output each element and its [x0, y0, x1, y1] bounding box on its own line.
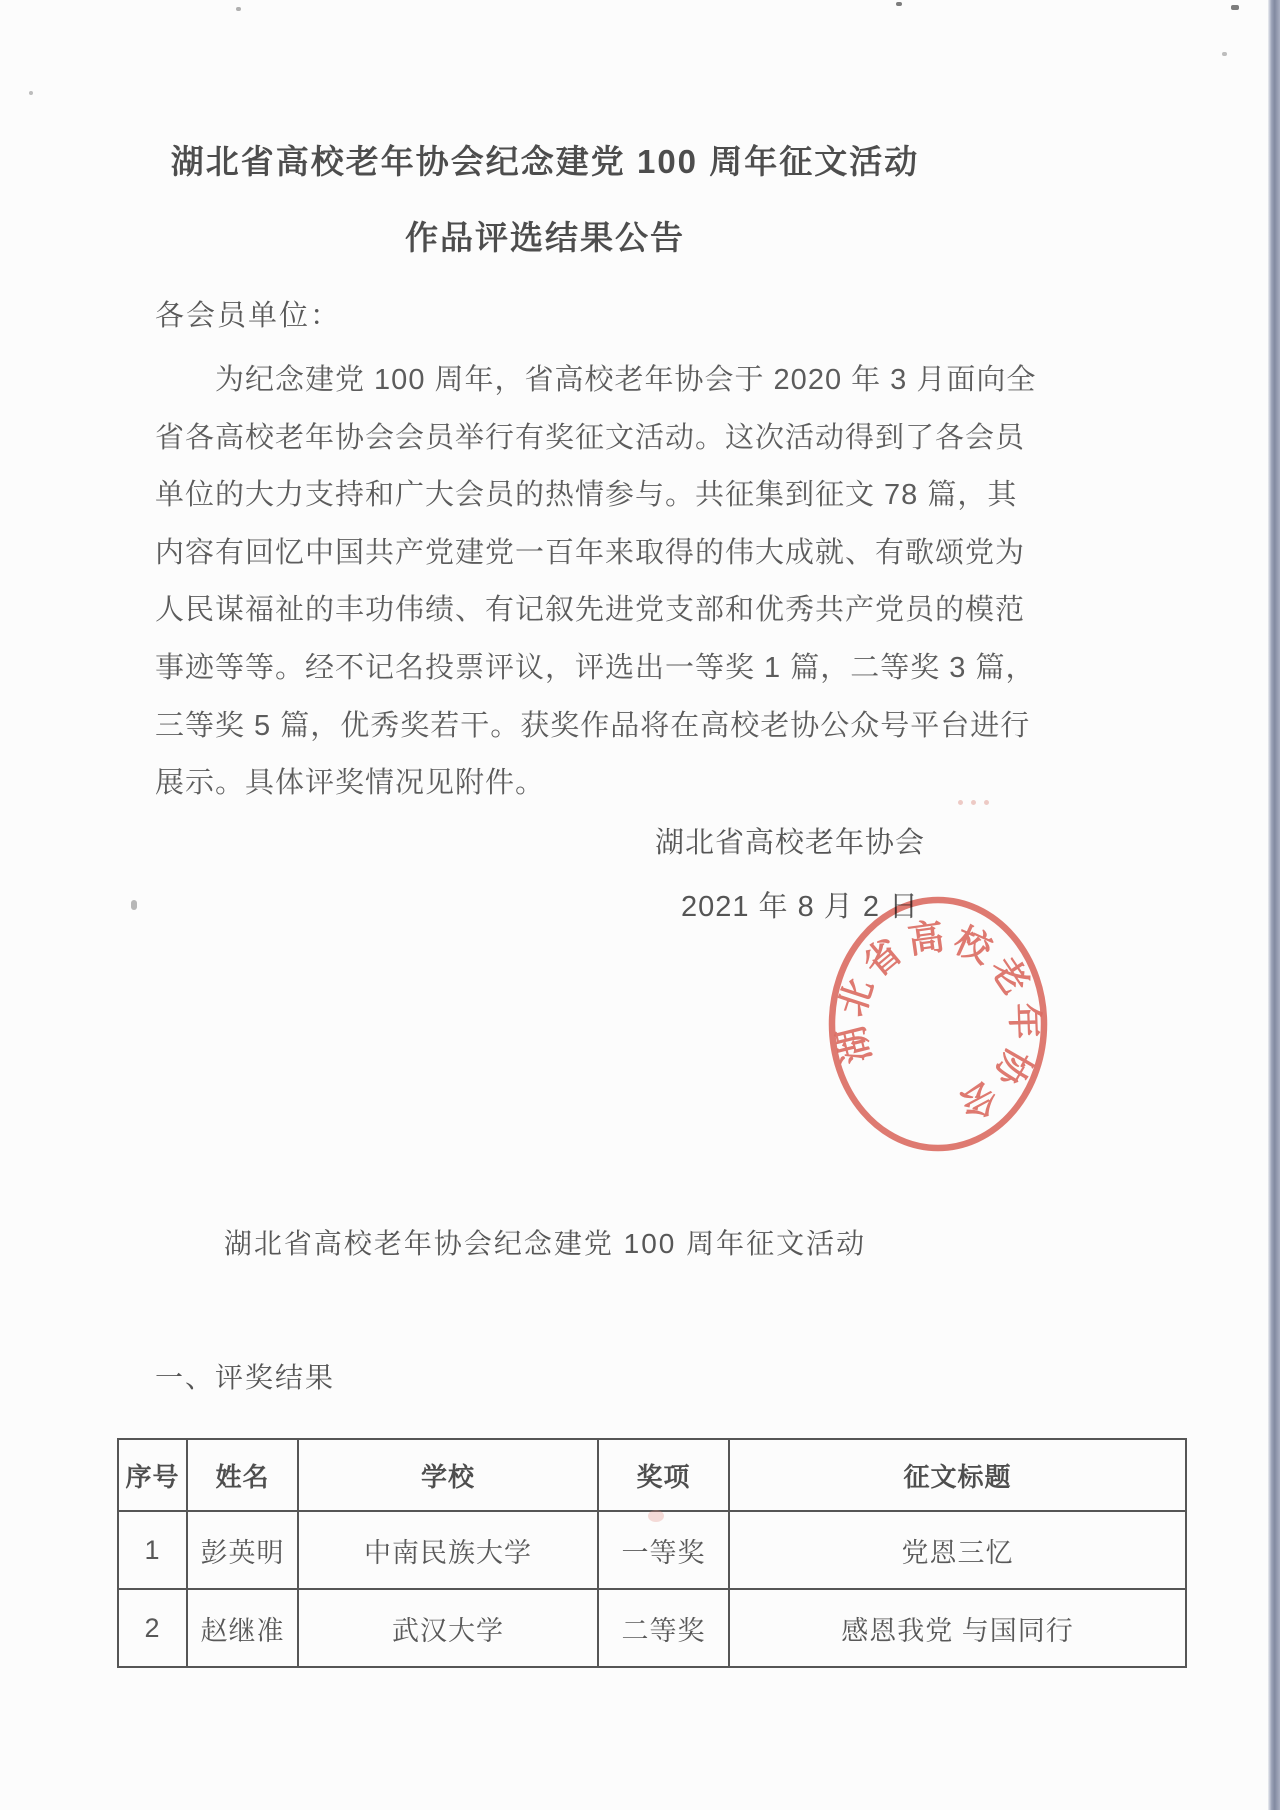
seal-character: 湖	[830, 1022, 878, 1067]
table-header-row: 序号姓名学校奖项征文标题	[118, 1439, 1186, 1511]
column-header: 序号	[118, 1439, 187, 1511]
body-line: 内容有回忆中国共产党建党一百年来取得的伟大成就、有歌颂党为	[155, 525, 1055, 583]
table-cell: 中南民族大学	[298, 1511, 598, 1589]
scan-speck	[1231, 5, 1239, 10]
body-line: 事迹等等。经不记名投票评议，评选出一等奖 1 篇，二等奖 3 篇，	[155, 640, 1055, 698]
body-line: 三等奖 5 篇，优秀奖若干。获奖作品将在高校老协公众号平台进行	[155, 698, 1055, 756]
table-row: 1彭英明中南民族大学一等奖党恩三忆	[118, 1511, 1186, 1589]
stamp-dots	[958, 792, 1004, 802]
body-line: 单位的大力支持和广大会员的热情参与。共征集到征文 78 篇，其	[155, 467, 1055, 525]
stamp-smudge	[648, 1510, 664, 1522]
table-cell: 一等奖	[598, 1511, 729, 1589]
table-cell: 1	[118, 1511, 187, 1589]
table-cell: 彭英明	[187, 1511, 298, 1589]
column-header: 姓名	[187, 1439, 298, 1511]
table-cell: 武汉大学	[298, 1589, 598, 1667]
section-heading: 一、评奖结果	[155, 1356, 335, 1396]
scan-edge-shadow	[1268, 0, 1280, 1810]
body-line: 展示。具体评奖情况见附件。	[155, 755, 1055, 813]
table-cell: 感恩我党 与国同行	[729, 1589, 1186, 1667]
table-cell: 二等奖	[598, 1589, 729, 1667]
table-cell: 党恩三忆	[729, 1511, 1186, 1589]
column-header: 奖项	[598, 1439, 729, 1511]
table-cell: 2	[118, 1589, 187, 1667]
document-title-line1: 湖北省高校老年协会纪念建党 100 周年征文活动	[0, 136, 1090, 183]
body-text: 为纪念建党 100 周年，省高校老年协会于 2020 年 3 月面向全省各高校老…	[155, 352, 1055, 813]
column-header: 学校	[298, 1439, 598, 1511]
scan-speck	[1222, 52, 1227, 56]
award-results-table: 序号姓名学校奖项征文标题 1彭英明中南民族大学一等奖党恩三忆2赵继准武汉大学二等…	[117, 1438, 1187, 1668]
scan-speck	[896, 2, 902, 6]
document-title-line2: 作品评选结果公告	[0, 212, 1090, 259]
scanned-document-page: 湖北省高校老年协会纪念建党 100 周年征文活动 作品评选结果公告 各会员单位：…	[0, 0, 1280, 1810]
table-row: 2赵继准武汉大学二等奖感恩我党 与国同行	[118, 1589, 1186, 1667]
seal-character: 年	[1003, 1002, 1045, 1039]
seal-character: 会	[953, 1074, 1004, 1127]
scan-speck	[29, 91, 33, 95]
seal-character: 校	[948, 919, 998, 972]
scan-speck	[236, 7, 241, 11]
salutation: 各会员单位：	[155, 293, 341, 334]
body-line: 省各高校老年协会会员举行有奖征文活动。这次活动得到了各会员	[155, 410, 1055, 468]
body-line: 人民谋福祉的丰功伟绩、有记叙先进党支部和优秀共产党员的模范	[155, 582, 1055, 640]
attachment-title: 湖北省高校老年协会纪念建党 100 周年征文活动	[0, 1222, 1090, 1262]
table-cell: 赵继准	[187, 1589, 298, 1667]
column-header: 征文标题	[729, 1439, 1186, 1511]
seal-character: 高	[905, 916, 946, 962]
body-line: 为纪念建党 100 周年，省高校老年协会于 2020 年 3 月面向全	[155, 352, 1055, 410]
signature-organization: 湖北省高校老年协会	[640, 820, 940, 861]
official-red-seal: 湖北省高校老年协会	[798, 872, 1078, 1172]
scan-speck	[131, 900, 137, 910]
